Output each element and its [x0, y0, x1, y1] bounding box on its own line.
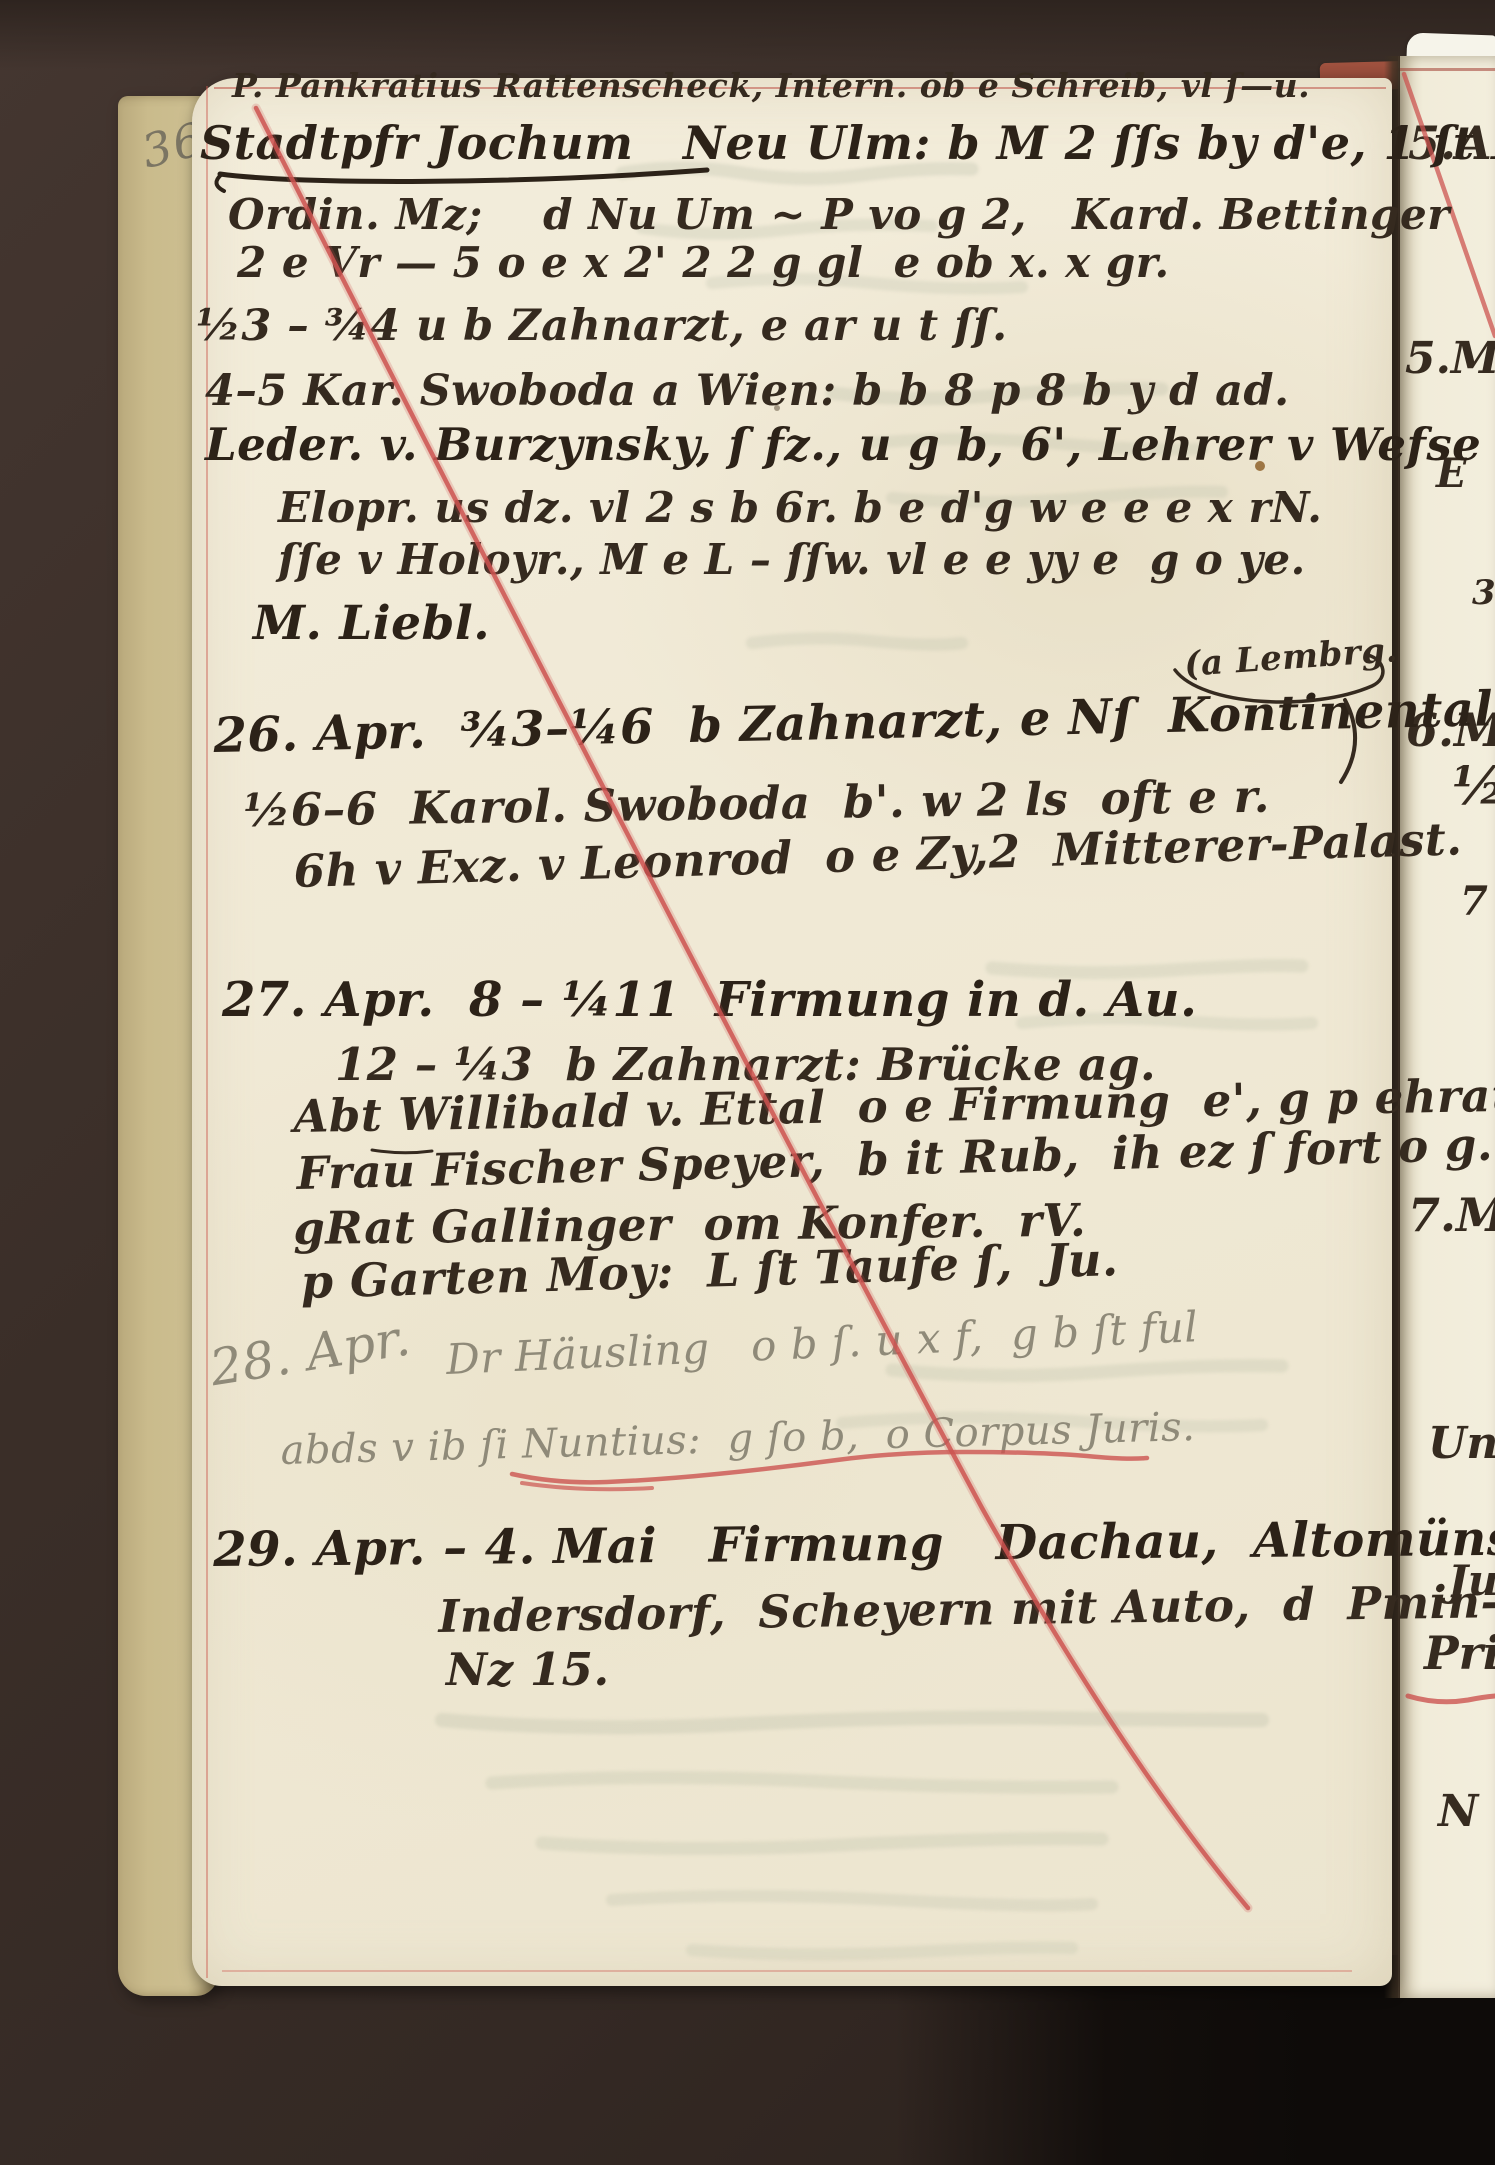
backdrop-shadow-top: [0, 0, 1495, 70]
page-stroke-marks: [192, 78, 1392, 1986]
paper-speck: [1255, 461, 1265, 471]
annotation-circle-stroke: [1175, 655, 1383, 702]
scan-photo: { "document": { "type": "Handwritten dia…: [0, 0, 1495, 2165]
diary-page: P. Pankratius Rattenscheck, Intern. ob e…: [192, 78, 1392, 1986]
red-crossout-halo: [256, 108, 1248, 1908]
facing-page-red-marks: [1398, 56, 1495, 1998]
paper-speck: [774, 405, 780, 411]
red-crossout-line: [256, 108, 1248, 1908]
red-underline-nuntius: [512, 1452, 1147, 1482]
facing-page-sliver: 5.A 5.M E 3 6.M ½ 7 7.M Un Ju Pri N: [1398, 56, 1495, 1998]
